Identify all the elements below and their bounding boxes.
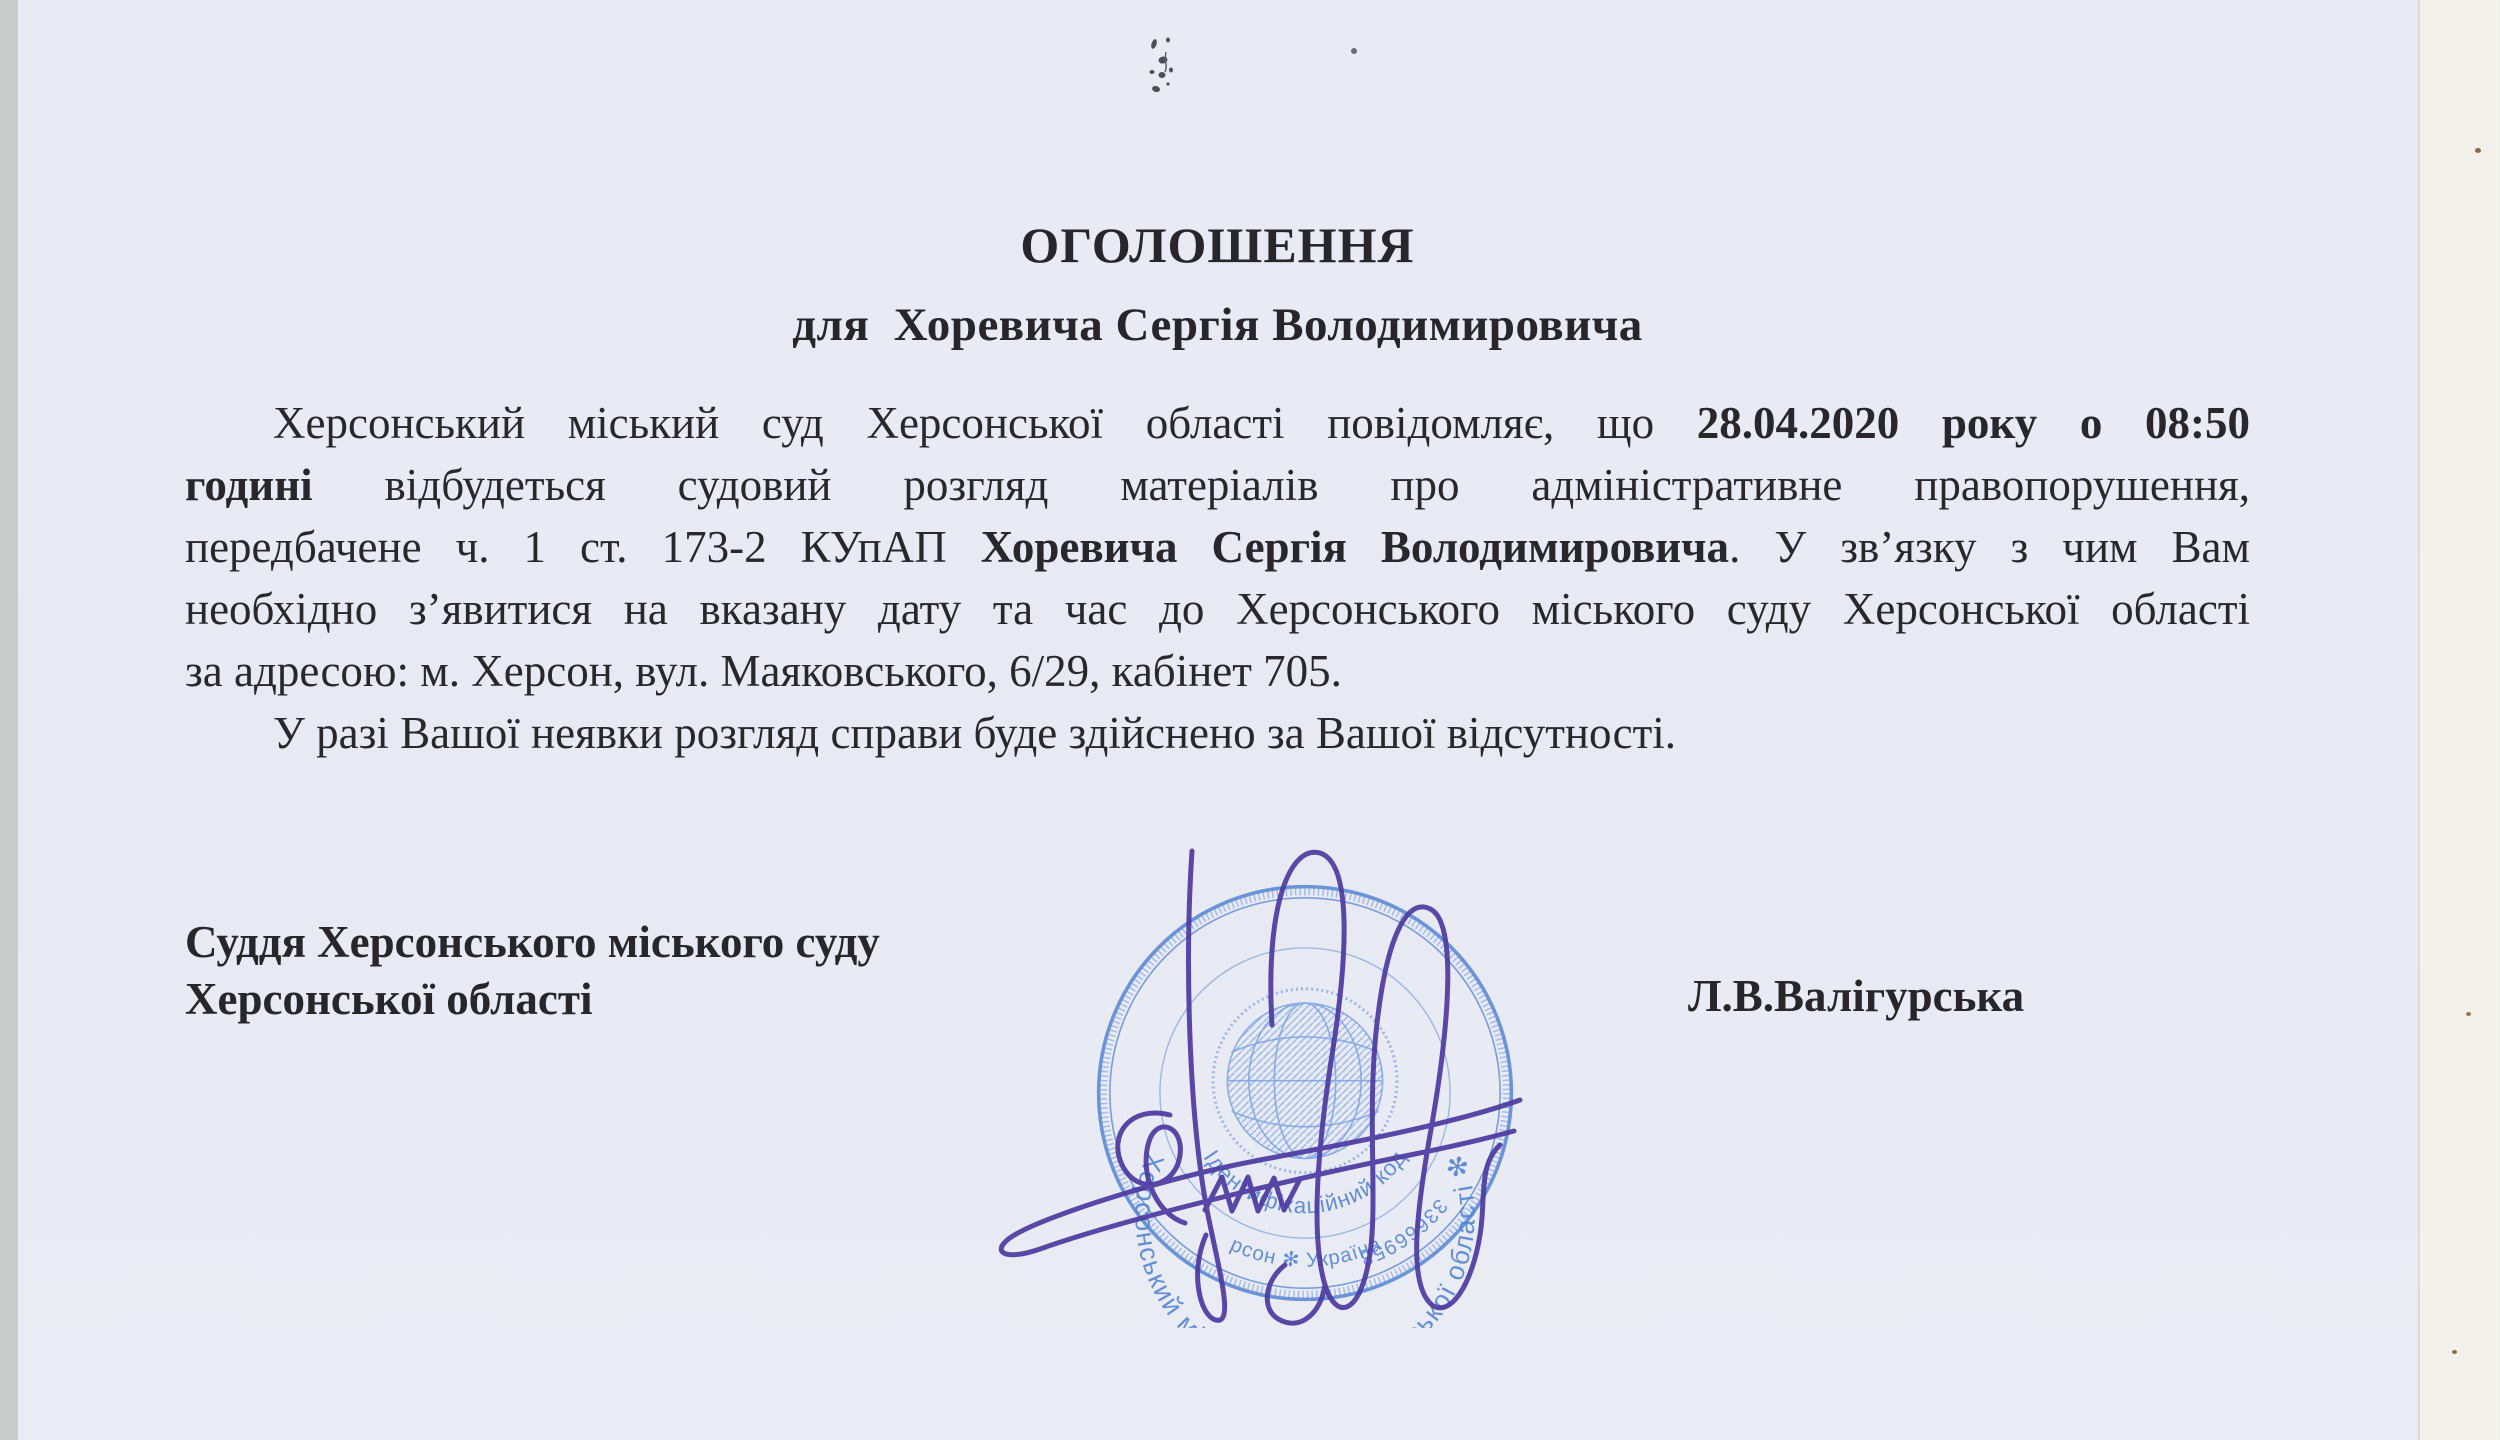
- body-text: передбачене ч. 1 ст. 173-2 КУпАП: [185, 522, 981, 572]
- judge-role-line1: Суддя Херсонського міського суду: [185, 914, 1085, 971]
- scan-background-strip: [2420, 0, 2500, 1440]
- scanner-edge-strip: [0, 0, 18, 1440]
- judge-role-line2: Херсонської області: [185, 971, 1085, 1028]
- body-paragraph: Херсонський міський суд Херсонської обла…: [185, 392, 2250, 764]
- body-text: Херсонський міський суд Херсонської обла…: [273, 398, 1697, 448]
- body-line: необхідно з’явитися на вказану дату та ч…: [185, 578, 2250, 640]
- document-title: ОГОЛОШЕННЯ: [185, 216, 2250, 274]
- body-text-bold: годині: [185, 460, 313, 510]
- body-text-bold: 28.04.2020 року о 08:50: [1697, 398, 2250, 448]
- body-line: Херсонський міський суд Херсонської обла…: [185, 392, 2250, 454]
- paper-speck: [2475, 148, 2481, 153]
- handwritten-signature: [980, 815, 1580, 1375]
- body-line: годині відбудеться судовий розгляд матер…: [185, 454, 2250, 516]
- judge-name: Л.В.Валігурська: [1688, 970, 2024, 1022]
- body-line: за адресою: м. Херсон, вул. Маяковського…: [185, 640, 2250, 702]
- scanned-court-announcement: { "doc": { "title": "ОГОЛОШЕННЯ", "subti…: [0, 0, 2500, 1440]
- ink-smudge: [1138, 32, 1198, 112]
- body-text: необхідно з’явитися на вказану дату та ч…: [185, 584, 2250, 634]
- body-line: У разі Вашої неявки розгляд справи буде …: [185, 702, 2250, 764]
- document-subtitle: для Хоревича Сергія Володимировича: [185, 298, 2250, 352]
- body-line: передбачене ч. 1 ст. 173-2 КУпАП Хоревич…: [185, 516, 2250, 578]
- body-text: за адресою: м. Херсон, вул. Маяковського…: [185, 646, 1342, 696]
- judge-role-text: Суддя Херсонського міського суду Херсонс…: [185, 914, 1085, 1028]
- body-text-bold: Хоревича Сергія Володимировича: [981, 522, 1729, 572]
- paper-speck: [2466, 1012, 2471, 1016]
- body-text: У разі Вашої неявки розгляд справи буде …: [273, 708, 1676, 758]
- body-text: . У зв’язку з чим Вам: [1729, 522, 2250, 572]
- body-text: відбудеться судовий розгляд матеріалів п…: [313, 460, 2250, 510]
- paper-speck: [2452, 1350, 2457, 1354]
- ink-dot: [1351, 48, 1357, 54]
